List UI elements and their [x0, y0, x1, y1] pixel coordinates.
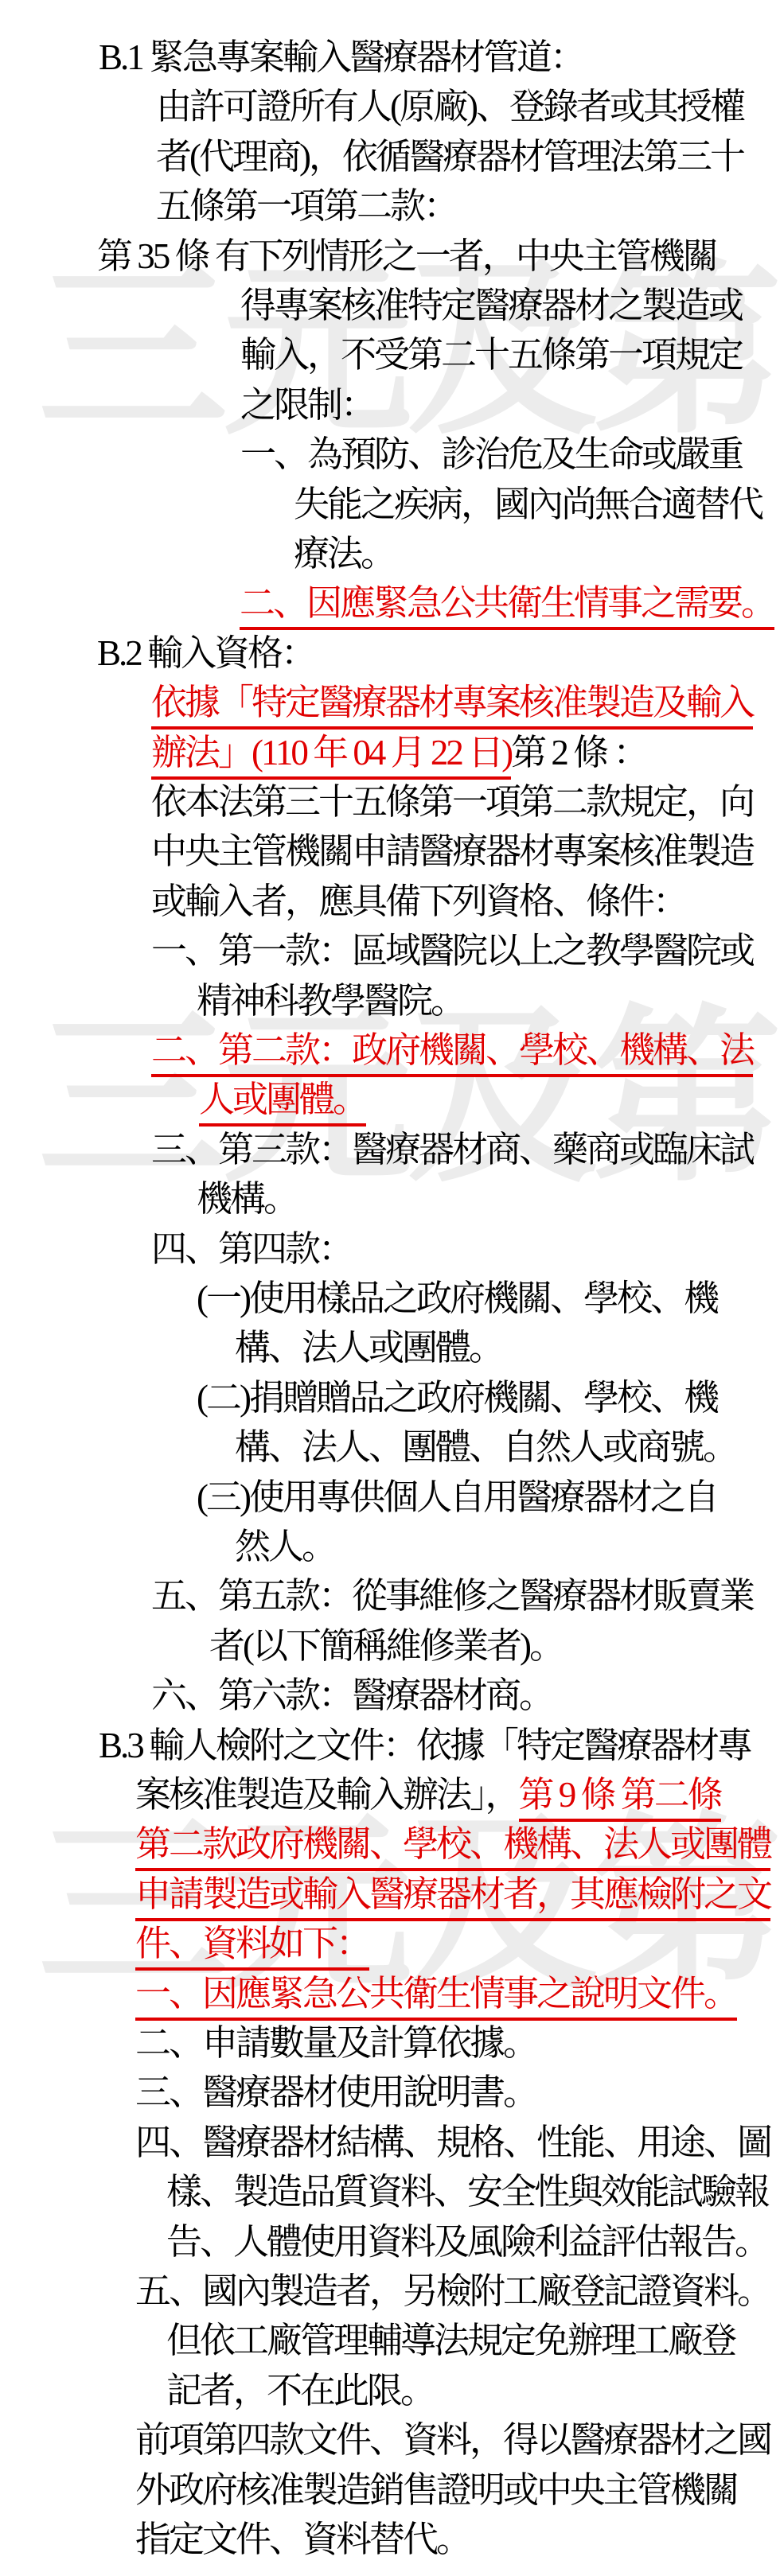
- highlighted-text-segment: 第 9 條 第二條: [519, 1772, 721, 1822]
- document-line: 五、第五款：從事維修之醫療器材販賣業: [151, 1571, 753, 1621]
- document-line: 二、申請數量及計算依據。: [135, 2018, 536, 2068]
- text-segment: 六、第六款：醫療器材商。: [151, 1673, 552, 1718]
- document-line: 五、國內製造者，另檢附工廠登記證資料。: [135, 2267, 770, 2317]
- document-line: 一、第一款：區域醫院以上之教學醫院或: [151, 926, 753, 976]
- text-segment: 記者，不在此限。: [166, 2368, 434, 2413]
- document-line: 人或團體。: [199, 1075, 366, 1125]
- document-line: 然人。: [235, 1522, 335, 1572]
- text-segment: 四、第四款：: [151, 1227, 352, 1271]
- text-segment: 或輸入者，應具備下列資格、條件：: [151, 879, 686, 924]
- text-segment: 中央主管機關申請醫療器材專案核准製造: [151, 829, 753, 874]
- text-segment: 前項第四款文件、資料，得以醫療器材之國: [135, 2418, 770, 2462]
- text-segment: (三)使用專供個人自用醫療器材之自: [197, 1475, 717, 1520]
- text-segment: 療法。: [294, 531, 394, 576]
- text-segment: 精神科教學醫院。: [197, 979, 464, 1023]
- highlighted-text-segment: 一、因應緊急公共衛生情事之說明文件。: [135, 1971, 737, 2021]
- highlighted-text-segment: 二、因應緊急公共衛生情事之需要。: [240, 581, 774, 630]
- document-line: 但依工廠管理輔導法規定免辦理工廠登: [166, 2316, 735, 2366]
- document-line: 二、第二款：政府機關、學校、機構、法: [151, 1025, 753, 1076]
- document-line: 外政府核准製造銷售證明或中央主管機關: [135, 2465, 737, 2516]
- text-segment: 第 35 條 有下列情形之一者，中央主管機關: [97, 234, 716, 278]
- text-segment: 五、國內製造者，另檢附工廠登記證資料。: [135, 2269, 770, 2313]
- document-line: 機構。: [197, 1174, 297, 1224]
- document-line: 構、法人或團體。: [235, 1323, 502, 1373]
- text-segment: 外政府核准製造銷售證明或中央主管機關: [135, 2468, 737, 2512]
- document-line: 指定文件、資料替代。: [135, 2515, 470, 2565]
- document-line: B.1 緊急專案輸入醫療器材管道：: [99, 33, 583, 83]
- text-segment: 者(以下簡稱維修業者)。: [209, 1624, 563, 1668]
- text-segment: 四、醫療器材結構、規格、性能、用途、圖: [135, 2120, 770, 2165]
- document-line: 四、醫療器材結構、規格、性能、用途、圖: [135, 2118, 770, 2168]
- text-segment: B.2 輸入資格：: [97, 631, 314, 675]
- document-line: 輸入，不受第二十五條第一項規定: [240, 330, 742, 380]
- document-line: 失能之疾病，國內尚無合適替代: [294, 480, 762, 530]
- document-line: 二、因應緊急公共衛生情事之需要。: [240, 578, 774, 628]
- document-line: 療法。: [294, 529, 394, 579]
- document-line: 之限制：: [240, 380, 374, 430]
- text-segment: 構、法人或團體。: [235, 1325, 502, 1370]
- document-line: 依本法第三十五條第一項第二款規定，向: [151, 777, 753, 827]
- document-line: 得專案核准特定醫療器材之製造或: [240, 281, 742, 331]
- text-segment: 機構。: [197, 1177, 297, 1221]
- document-line: 告、人體使用資料及風險利益評估報告。: [166, 2217, 768, 2267]
- document-line: 第 35 條 有下列情形之一者，中央主管機關: [97, 232, 716, 282]
- text-segment: 由許可證所有人(原廠)、登錄者或其授權: [156, 84, 743, 129]
- text-segment: B.1 緊急專案輸入醫療器材管道：: [99, 35, 583, 80]
- document-line: 或輸入者，應具備下列資格、條件：: [151, 877, 686, 927]
- document-line: 記者，不在此限。: [166, 2366, 434, 2416]
- document-line: 精神科教學醫院。: [197, 976, 464, 1026]
- text-segment: 三、醫療器材使用說明書。: [135, 2070, 536, 2115]
- document-line: 案核准製造及輸入辦法」，第 9 條 第二條: [135, 1770, 721, 1820]
- document-line: 三、第三款：醫療器材商、藥商或臨床試: [151, 1125, 753, 1175]
- document-line: (三)使用專供個人自用醫療器材之自: [197, 1473, 717, 1523]
- document-line: 六、第六款：醫療器材商。: [151, 1671, 552, 1721]
- text-segment: B.3 輸人檢附之文件：依據「特定醫療器材專: [99, 1723, 751, 1768]
- document-line: 構、法人、團體、自然人或商號。: [235, 1422, 736, 1473]
- text-segment: 五、第五款：從事維修之醫療器材販賣業: [151, 1574, 753, 1618]
- text-segment: 樣、製造品質資料、安全性與效能試驗報: [166, 2169, 768, 2214]
- document-line: 一、為預防、診治危及生命或嚴重: [240, 430, 742, 480]
- highlighted-text-segment: 人或團體。: [199, 1077, 366, 1127]
- document-page: 三元及第三元及第三元及第B.1 緊急專案輸入醫療器材管道：由許可證所有人(原廠)…: [0, 0, 780, 2576]
- document-line: B.2 輸入資格：: [97, 628, 314, 679]
- document-line: 者(代理商)，依循醫療器材管理法第三十: [156, 132, 743, 182]
- text-segment: 構、法人、團體、自然人或商號。: [235, 1425, 736, 1469]
- text-segment: 二、申請數量及計算依據。: [135, 2021, 536, 2065]
- text-segment: 一、為預防、診治危及生命或嚴重: [240, 432, 742, 477]
- document-line: 五條第一項第二款：: [156, 181, 457, 232]
- document-line: 樣、製造品質資料、安全性與效能試驗報: [166, 2167, 768, 2217]
- text-segment: 失能之疾病，國內尚無合適替代: [294, 482, 762, 527]
- document-line: 者(以下簡稱維修業者)。: [209, 1621, 563, 1671]
- text-segment: 然人。: [235, 1524, 335, 1569]
- text-segment: 案核准製造及輸入辦法」，: [135, 1772, 519, 1817]
- highlighted-text-segment: 辦法」(110 年 04 月 22 日): [151, 730, 511, 780]
- document-line: 申請製造或輸入醫療器材者，其應檢附之文: [135, 1870, 770, 1920]
- text-segment: 輸入，不受第二十五條第一項規定: [240, 333, 742, 377]
- text-segment: 之限制：: [240, 383, 374, 427]
- highlighted-text-segment: 依據「特定醫療器材專案核准製造及輸入: [151, 680, 753, 730]
- document-line: 中央主管機關申請醫療器材專案核准製造: [151, 827, 753, 877]
- highlighted-text-segment: 件、資料如下：: [135, 1921, 369, 1971]
- text-segment: 指定文件、資料替代。: [135, 2517, 470, 2562]
- text-segment: (二)捐贈贈品之政府機關、學校、機: [197, 1376, 717, 1420]
- document-line: 由許可證所有人(原廠)、登錄者或其授權: [156, 82, 743, 132]
- document-line: (一)使用樣品之政府機關、學校、機: [197, 1274, 717, 1324]
- text-segment: 一、第一款：區域醫院以上之教學醫院或: [151, 928, 753, 973]
- text-segment: (一)使用樣品之政府機關、學校、機: [197, 1276, 717, 1321]
- document-line: 依據「特定醫療器材專案核准製造及輸入: [151, 678, 753, 728]
- document-line: (二)捐贈贈品之政府機關、學校、機: [197, 1373, 717, 1423]
- document-line: 第二款政府機關、學校、機構、法人或團體: [135, 1819, 770, 1870]
- document-line: 一、因應緊急公共衛生情事之說明文件。: [135, 1969, 737, 2019]
- text-segment: 五條第一項第二款：: [156, 184, 457, 228]
- text-segment: 三、第三款：醫療器材商、藥商或臨床試: [151, 1127, 753, 1172]
- text-segment: 者(代理商)，依循醫療器材管理法第三十: [156, 134, 743, 179]
- document-line: B.3 輸人檢附之文件：依據「特定醫療器材專: [99, 1721, 751, 1771]
- document-line: 件、資料如下：: [135, 1919, 369, 1969]
- document-line: 辦法」(110 年 04 月 22 日)第 2 條 ：: [151, 728, 646, 778]
- highlighted-text-segment: 申請製造或輸入醫療器材者，其應檢附之文: [135, 1872, 770, 1921]
- text-segment: 第 2 條 ：: [511, 730, 646, 775]
- text-segment: 得專案核准特定醫療器材之製造或: [240, 283, 742, 328]
- document-line: 四、第四款：: [151, 1224, 352, 1274]
- text-segment: 告、人體使用資料及風險利益評估報告。: [166, 2220, 768, 2264]
- text-segment: 但依工廠管理輔導法規定免辦理工廠登: [166, 2318, 735, 2363]
- highlighted-text-segment: 二、第二款：政府機關、學校、機構、法: [151, 1028, 753, 1077]
- highlighted-text-segment: 第二款政府機關、學校、機構、法人或團體: [135, 1822, 770, 1871]
- document-line: 前項第四款文件、資料，得以醫療器材之國: [135, 2415, 770, 2465]
- text-segment: 依本法第三十五條第一項第二款規定，向: [151, 780, 753, 824]
- document-line: 三、醫療器材使用說明書。: [135, 2068, 536, 2118]
